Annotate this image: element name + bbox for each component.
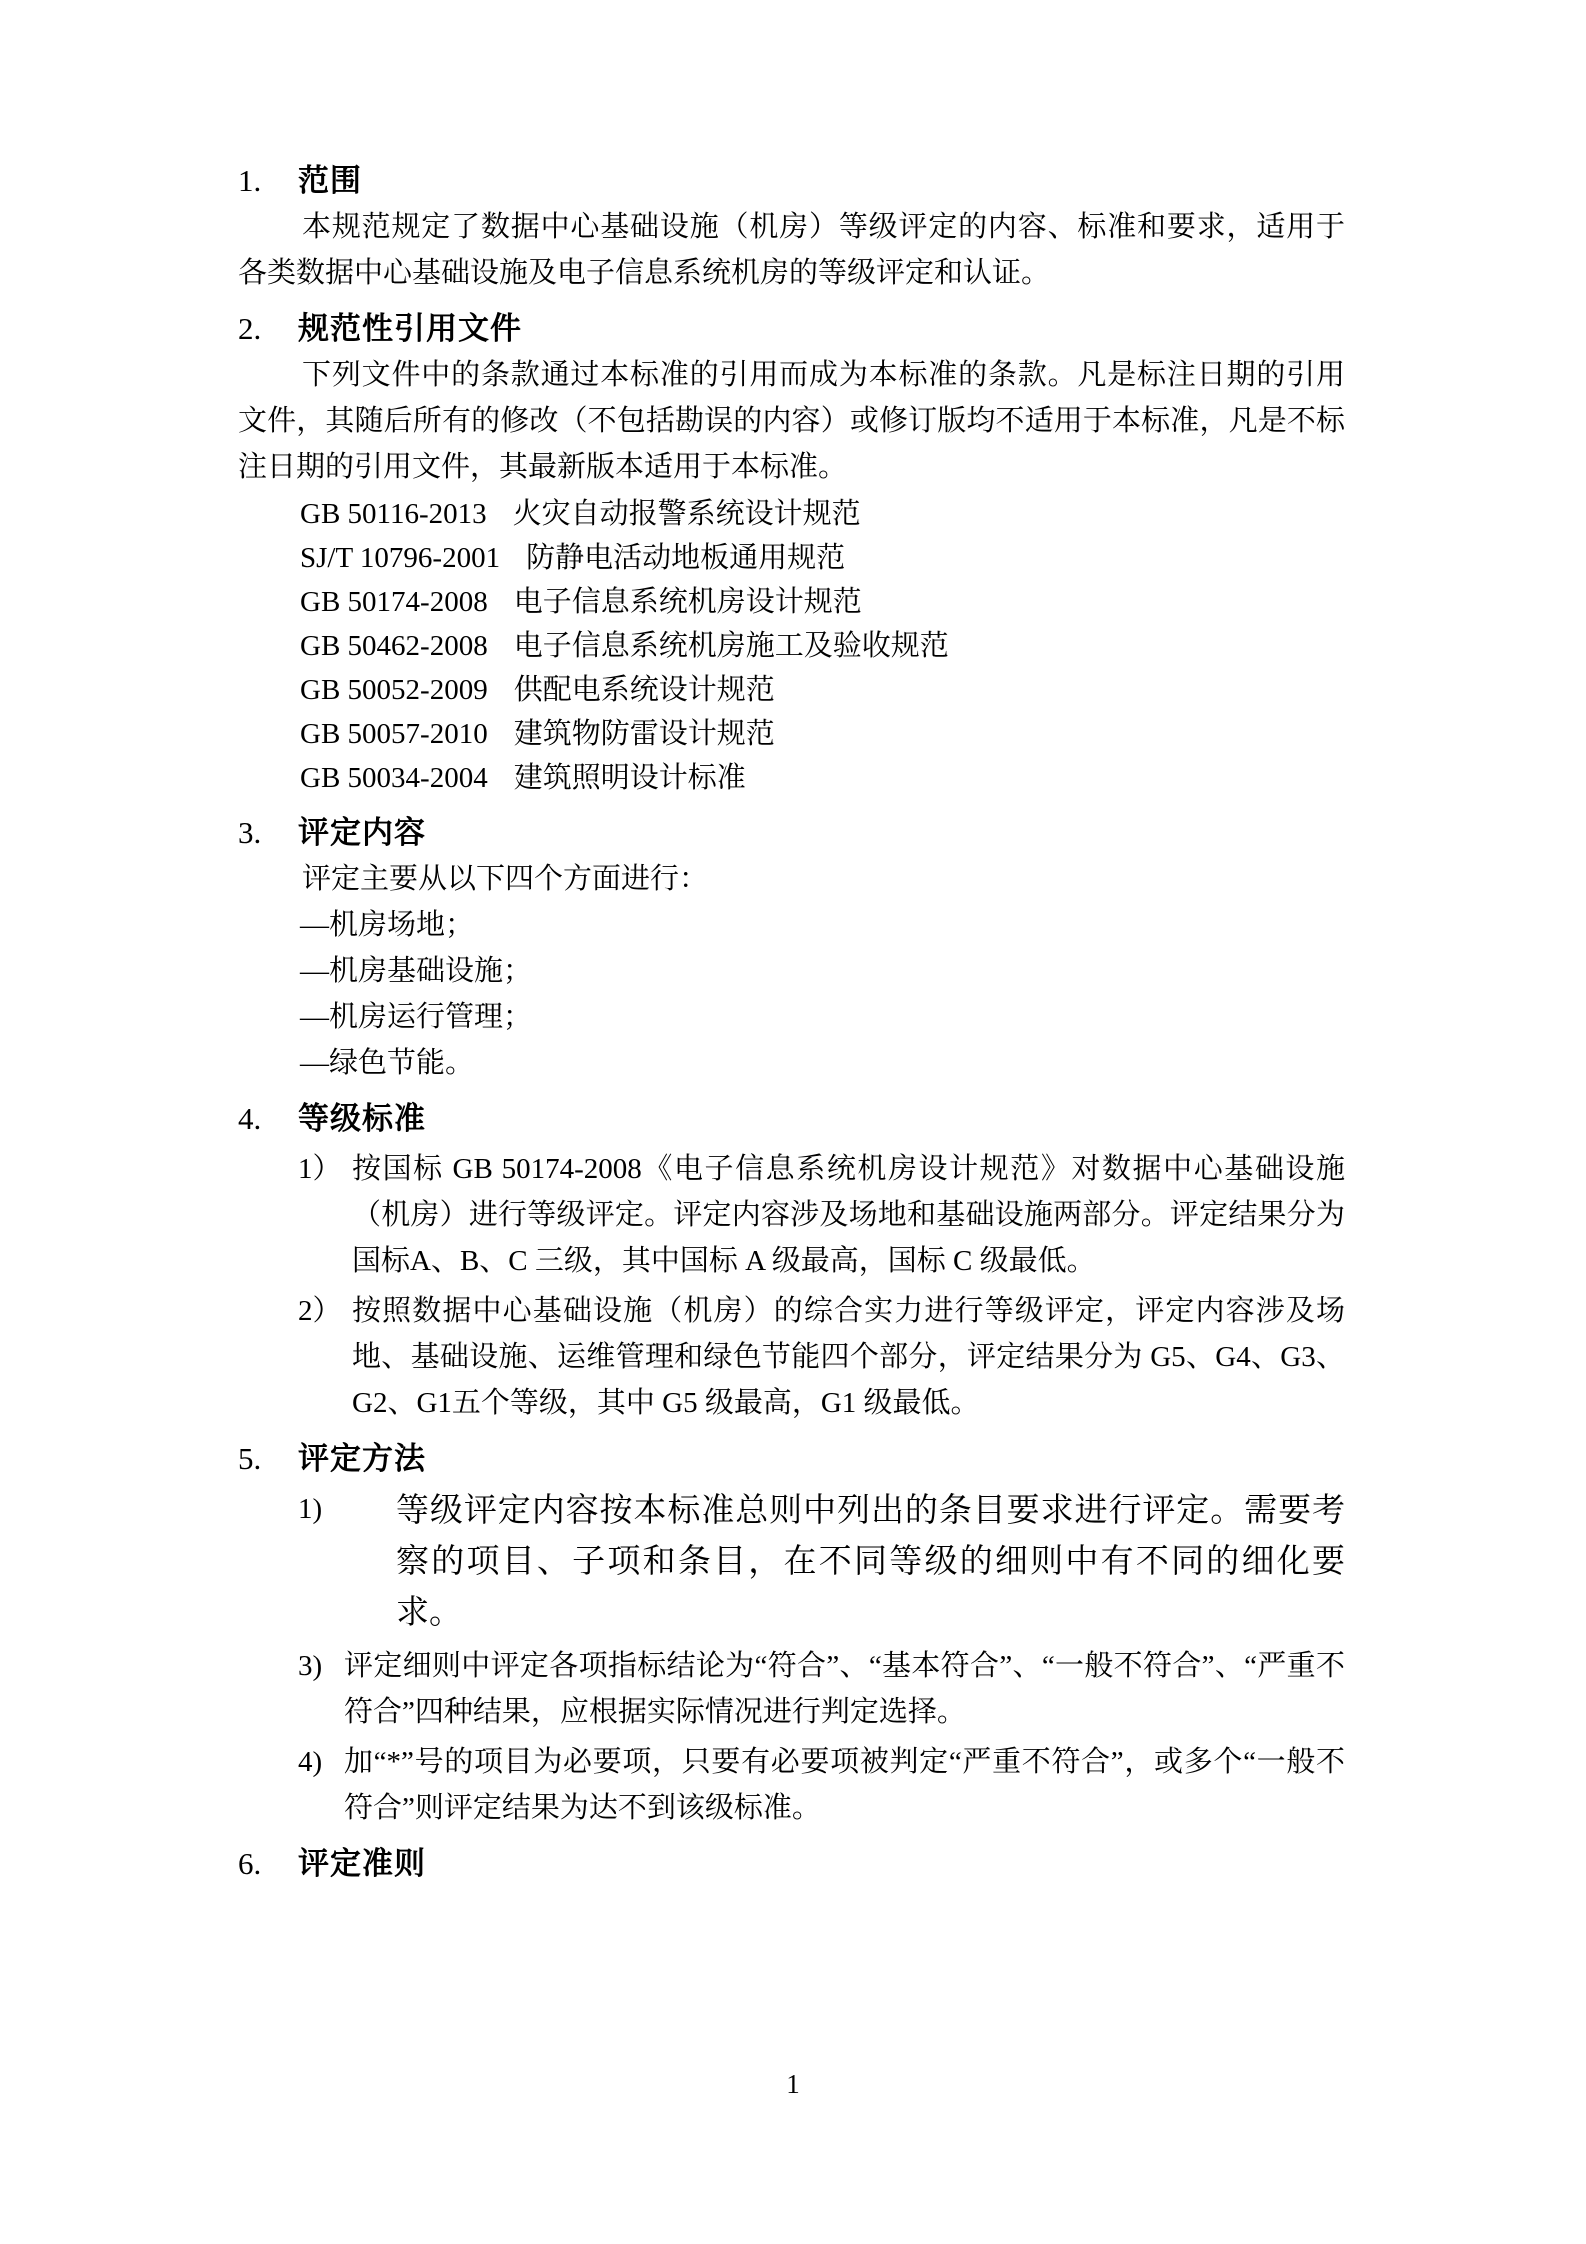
section-1-paragraph: 本规范规定了数据中心基础设施（机房）等级评定的内容、标准和要求，适用于各类数据中… xyxy=(238,204,1345,296)
reference-name: 电子信息系统机房施工及验收规范 xyxy=(514,630,949,662)
reference-name: 建筑照明设计标准 xyxy=(514,762,746,794)
section-3-paragraph: 评定主要从以下四个方面进行： xyxy=(238,856,1345,902)
document-content: 1. 范围 本规范规定了数据中心基础设施（机房）等级评定的内容、标准和要求，适用… xyxy=(238,158,1345,1887)
document-page: 1. 范围 本规范规定了数据中心基础设施（机房）等级评定的内容、标准和要求，适用… xyxy=(0,0,1586,2244)
section-2-heading: 2. 规范性引用文件 xyxy=(238,306,1345,352)
section-6-heading: 6. 评定准则 xyxy=(238,1841,1345,1887)
aspect-item: —机房场地； xyxy=(300,902,1345,948)
reference-code: GB 50462-2008 xyxy=(300,630,488,662)
section-6-title: 评定准则 xyxy=(298,1841,426,1887)
aspect-item: —绿色节能。 xyxy=(300,1040,1345,1086)
item-text: 按照数据中心基础设施（机房）的综合实力进行等级评定，评定内容涉及场地、基础设施、… xyxy=(352,1288,1345,1426)
reference-name: 电子信息系统机房设计规范 xyxy=(514,586,862,618)
item-marker: 1) xyxy=(298,1486,396,1639)
reference-item: GB 50174-2008电子信息系统机房设计规范 xyxy=(300,580,1345,624)
item-text: 加“*”号的项目为必要项，只要有必要项被判定“严重不符合”，或多个“一般不符合”… xyxy=(344,1739,1345,1831)
reference-item: GB 50462-2008电子信息系统机房施工及验收规范 xyxy=(300,624,1345,668)
reference-name: 供配电系统设计规范 xyxy=(514,674,775,706)
reference-item: GB 50116-2013火灾自动报警系统设计规范 xyxy=(300,492,1345,536)
section-4-number: 4. xyxy=(238,1096,298,1142)
item-marker: 2） xyxy=(298,1288,352,1426)
section-1-heading: 1. 范围 xyxy=(238,158,1345,204)
numbered-item: 1) 等级评定内容按本标准总则中列出的条目要求进行评定。需要考察的项目、子项和条… xyxy=(298,1486,1345,1639)
section-1-title: 范围 xyxy=(298,158,362,204)
item-text: 按国标 GB 50174-2008《电子信息系统机房设计规范》对数据中心基础设施… xyxy=(352,1146,1345,1284)
reference-code: GB 50174-2008 xyxy=(300,586,488,618)
numbered-item: 1） 按国标 GB 50174-2008《电子信息系统机房设计规范》对数据中心基… xyxy=(298,1146,1345,1284)
reference-item: GB 50052-2009供配电系统设计规范 xyxy=(300,668,1345,712)
reference-code: GB 50057-2010 xyxy=(300,718,488,750)
reference-code: GB 50116-2013 xyxy=(300,498,487,530)
item-text: 等级评定内容按本标准总则中列出的条目要求进行评定。需要考察的项目、子项和条目，在… xyxy=(396,1486,1345,1639)
section-6-number: 6. xyxy=(238,1841,298,1887)
reference-code: GB 50052-2009 xyxy=(300,674,488,706)
item-text: 评定细则中评定各项指标结论为“符合”、“基本符合”、“一般不符合”、“严重不符合… xyxy=(344,1643,1345,1735)
item-marker: 4) xyxy=(298,1739,344,1831)
section-1-number: 1. xyxy=(238,158,298,204)
section-4-title: 等级标准 xyxy=(298,1096,426,1142)
item-marker: 3) xyxy=(298,1643,344,1735)
section-2-title: 规范性引用文件 xyxy=(298,306,522,352)
section-2-number: 2. xyxy=(238,306,298,352)
section-5-title: 评定方法 xyxy=(298,1436,426,1482)
item-marker: 1） xyxy=(298,1146,352,1284)
reference-item: GB 50034-2004建筑照明设计标准 xyxy=(300,756,1345,800)
section-3-number: 3. xyxy=(238,810,298,856)
section-5-number: 5. xyxy=(238,1436,298,1482)
reference-list: GB 50116-2013火灾自动报警系统设计规范 SJ/T 10796-200… xyxy=(300,492,1345,800)
aspect-item: —机房基础设施； xyxy=(300,948,1345,994)
reference-name: 火灾自动报警系统设计规范 xyxy=(513,498,861,530)
section-4-heading: 4. 等级标准 xyxy=(238,1096,1345,1142)
reference-item: GB 50057-2010建筑物防雷设计规范 xyxy=(300,712,1345,756)
section-5-heading: 5. 评定方法 xyxy=(238,1436,1345,1482)
reference-name: 建筑物防雷设计规范 xyxy=(514,718,775,750)
section-3-title: 评定内容 xyxy=(298,810,426,856)
numbered-item: 4) 加“*”号的项目为必要项，只要有必要项被判定“严重不符合”，或多个“一般不… xyxy=(298,1739,1345,1831)
page-number: 1 xyxy=(0,2068,1586,2100)
reference-code: SJ/T 10796-2001 xyxy=(300,542,500,574)
aspect-item: —机房运行管理； xyxy=(300,994,1345,1040)
numbered-item: 2） 按照数据中心基础设施（机房）的综合实力进行等级评定，评定内容涉及场地、基础… xyxy=(298,1288,1345,1426)
reference-item: SJ/T 10796-2001防静电活动地板通用规范 xyxy=(300,536,1345,580)
section-2-paragraph: 下列文件中的条款通过本标准的引用而成为本标准的条款。凡是标注日期的引用文件，其随… xyxy=(238,352,1345,490)
section-3-heading: 3. 评定内容 xyxy=(238,810,1345,856)
numbered-item: 3) 评定细则中评定各项指标结论为“符合”、“基本符合”、“一般不符合”、“严重… xyxy=(298,1643,1345,1735)
reference-name: 防静电活动地板通用规范 xyxy=(526,542,845,574)
reference-code: GB 50034-2004 xyxy=(300,762,488,794)
